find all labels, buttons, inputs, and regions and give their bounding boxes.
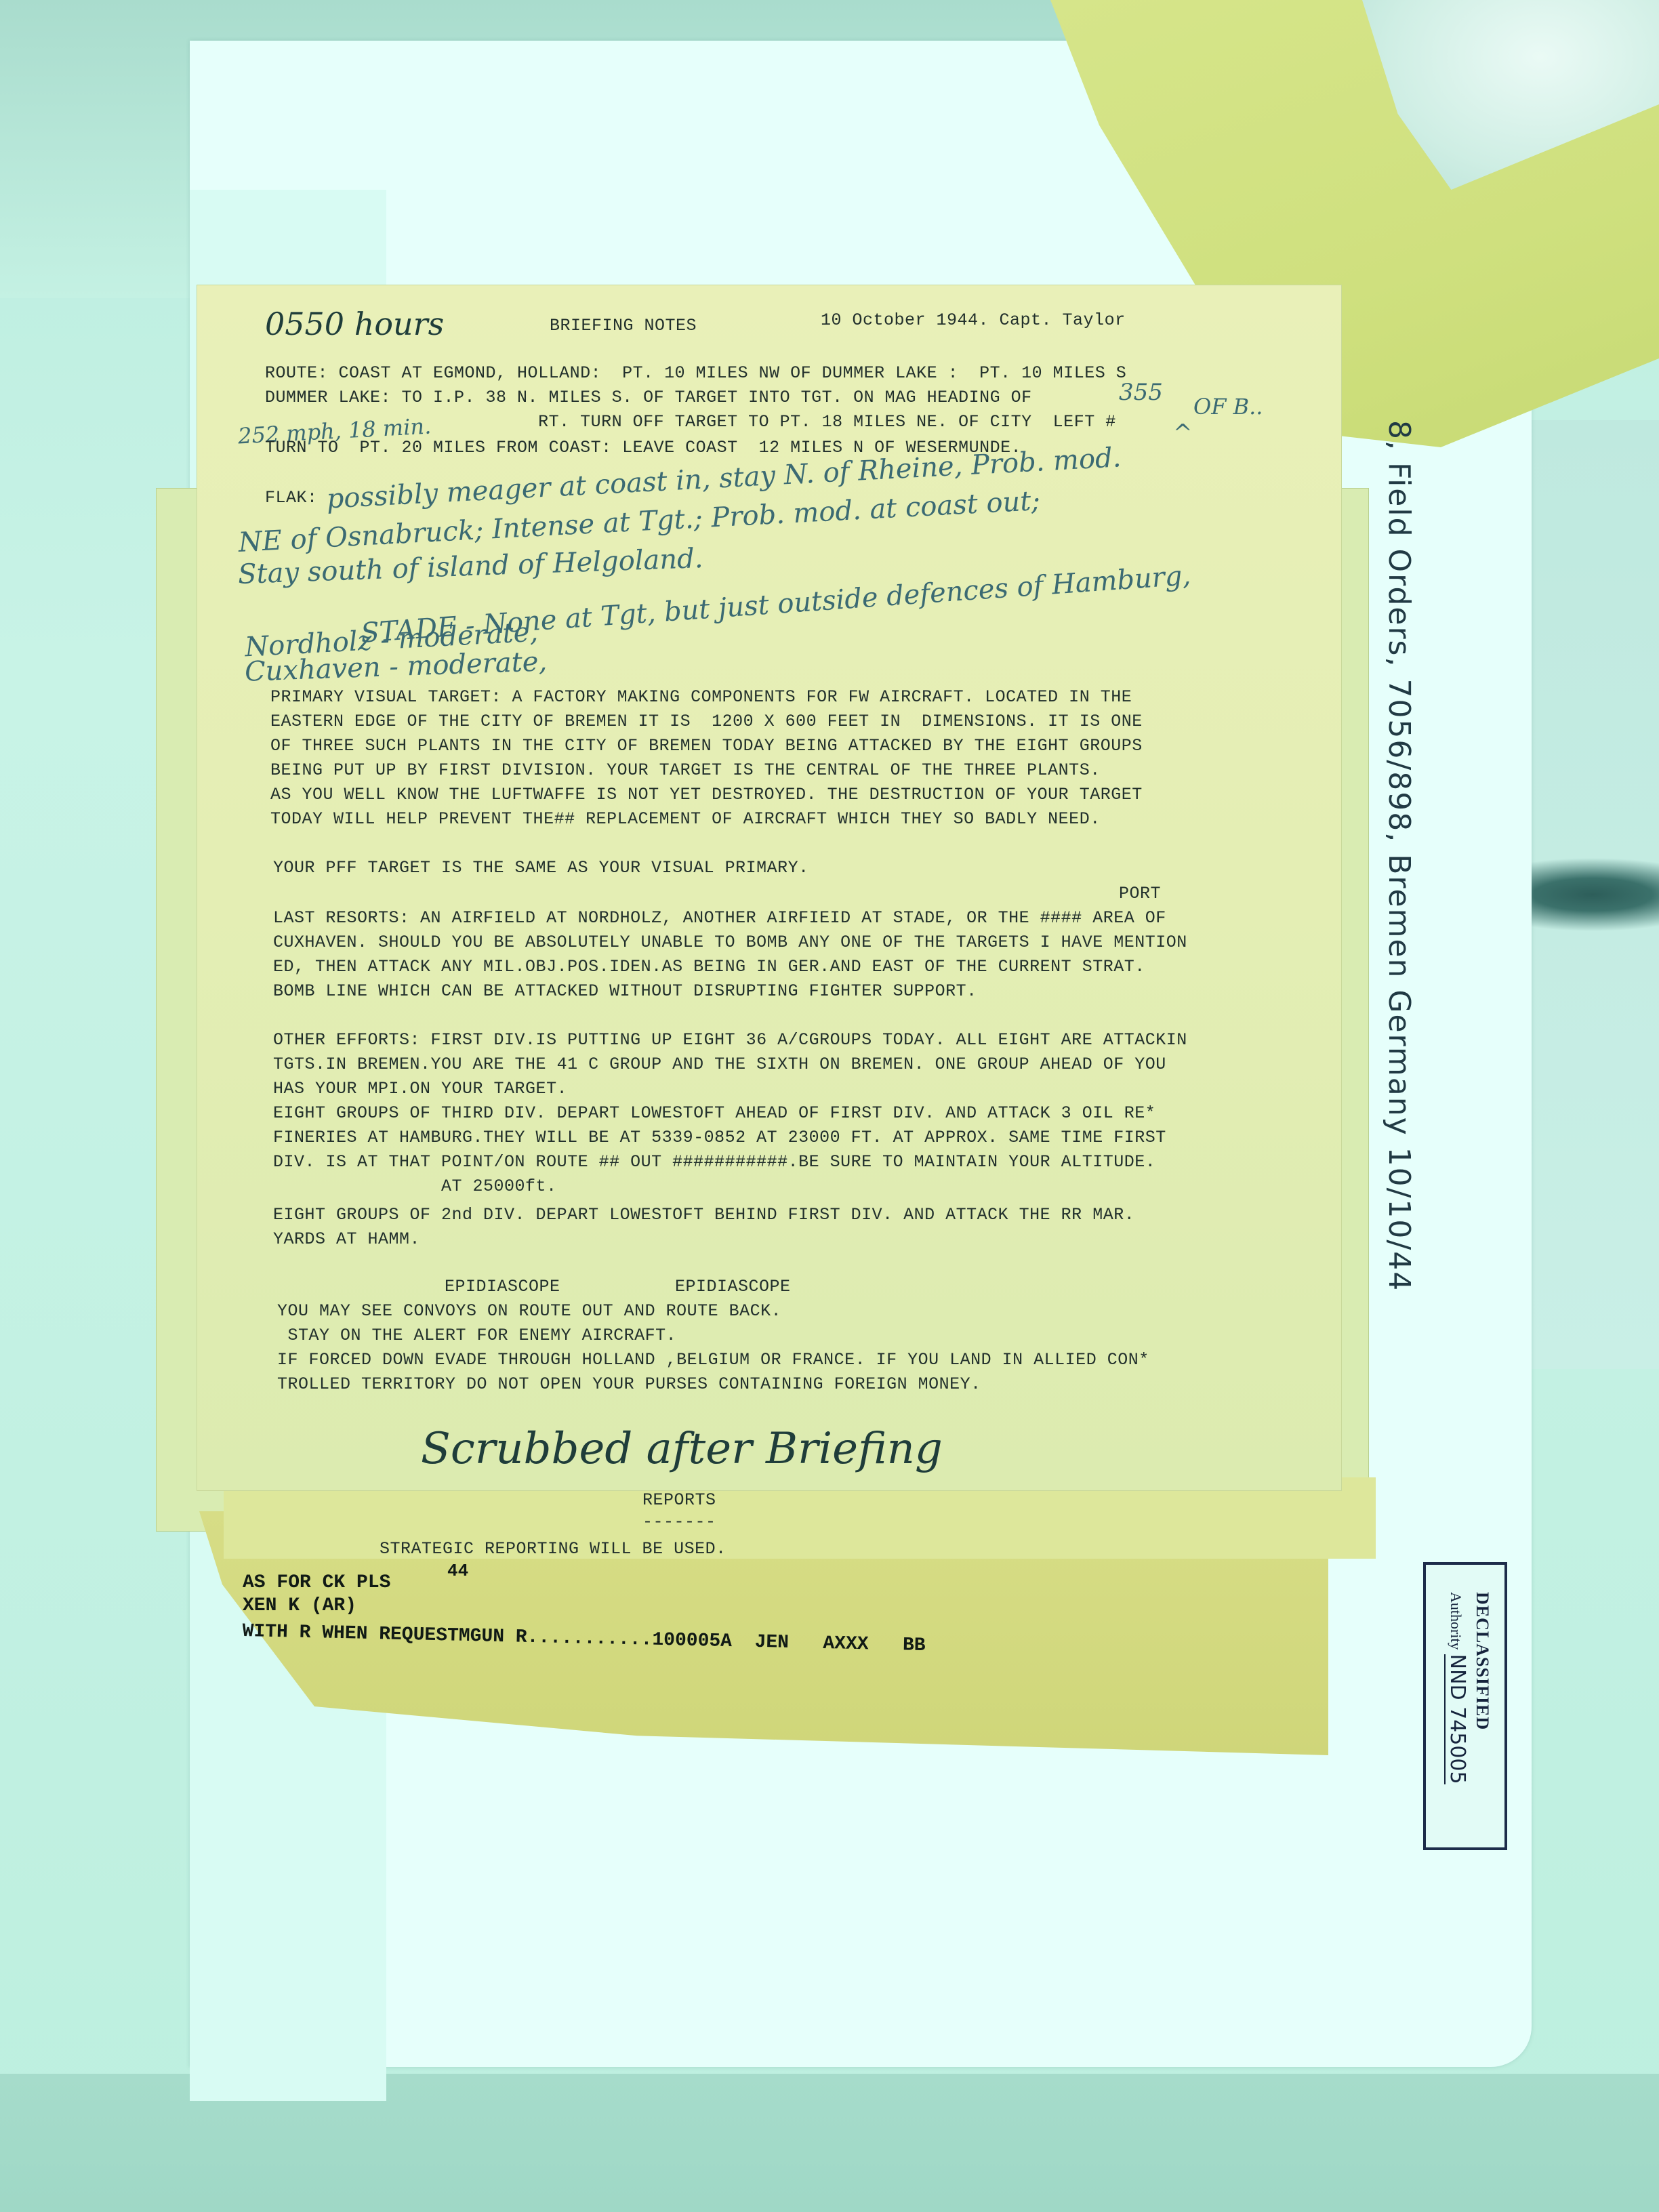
last-resorts-line: BOMB LINE WHICH CAN BE ATTACKED WITHOUT … xyxy=(273,979,977,1004)
stamp-title: DECLASSIFIED xyxy=(1472,1592,1492,1784)
closing-line: TROLLED TERRITORY DO NOT OPEN YOUR PURSE… xyxy=(277,1372,981,1397)
other-efforts-line: TGTS.IN BREMEN.YOU ARE THE 41 C GROUP AN… xyxy=(273,1052,1166,1077)
pff-target: YOUR PFF TARGET IS THE SAME AS YOUR VISU… xyxy=(273,856,809,880)
other-efforts-line: EIGHT GROUPS OF 2nd DIV. DEPART LOWESTOF… xyxy=(273,1203,1134,1227)
route-line: ROUTE: COAST AT EGMOND, HOLLAND: PT. 10 … xyxy=(265,361,1126,386)
closing-line: STAY ON THE ALERT FOR ENEMY AIRCRAFT. xyxy=(277,1324,676,1348)
route-line: DUMMER LAKE: TO I.P. 38 N. MILES S. OF T… xyxy=(265,386,1032,410)
date-author: 10 October 1944. Capt. Taylor xyxy=(821,308,1126,333)
stamp-authority-number: NND 745005 xyxy=(1444,1654,1469,1784)
primary-target-line: PRIMARY VISUAL TARGET: A FACTORY MAKING … xyxy=(270,685,1132,710)
handwritten-time: 0550 hours xyxy=(265,306,444,342)
primary-target-line: BEING PUT UP BY FIRST DIVISION. YOUR TAR… xyxy=(270,758,1101,783)
other-efforts-line: DIV. IS AT THAT POINT/ON ROUTE ## OUT ##… xyxy=(273,1150,1155,1174)
reports-title: REPORTS xyxy=(642,1488,716,1513)
epidiascope-label: EPIDIASCOPE xyxy=(675,1275,791,1299)
primary-target-line: OF THREE SUCH PLANTS IN THE CITY OF BREM… xyxy=(270,734,1143,758)
declassified-stamp: DECLASSIFIED AuthorityNND 745005 xyxy=(1423,1562,1507,1850)
other-efforts-line: FINERIES AT HAMBURG.THEY WILL BE AT 5339… xyxy=(273,1126,1166,1150)
reports-text: STRATEGIC REPORTING WILL BE USED. xyxy=(380,1537,726,1561)
last-resorts-line: ED, THEN ATTACK ANY MIL.OBJ.POS.IDEN.AS … xyxy=(273,955,1145,979)
last-resorts-line: CUXHAVEN. SHOULD YOU BE ABSOLUTELY UNABL… xyxy=(273,930,1187,955)
primary-target-line: AS YOU WELL KNOW THE LUFTWAFFE IS NOT YE… xyxy=(270,783,1143,807)
teletype-partial: 44 xyxy=(447,1559,468,1583)
reports-rule: ------- xyxy=(642,1510,716,1534)
other-efforts-line: OTHER EFFORTS: FIRST DIV.IS PUTTING UP E… xyxy=(273,1028,1187,1052)
closing-line: IF FORCED DOWN EVADE THROUGH HOLLAND ,BE… xyxy=(277,1348,1149,1372)
page-title: BRIEFING NOTES xyxy=(550,314,697,338)
other-efforts-line: YARDS AT HAMM. xyxy=(273,1227,420,1252)
teletype-line: AS FOR CK PLS xyxy=(243,1571,390,1595)
insert-above: PORT xyxy=(1119,882,1161,906)
epidiascope-label: EPIDIASCOPE xyxy=(445,1275,560,1299)
stamp-authority: AuthorityNND 745005 xyxy=(1446,1592,1469,1784)
other-efforts-line: EIGHT GROUPS OF THIRD DIV. DEPART LOWEST… xyxy=(273,1101,1155,1126)
briefing-notes-sheet: 0550 hours BRIEFING NOTES 10 October 194… xyxy=(197,285,1342,1491)
last-resorts-line: LAST RESORTS: AN AIRFIELD AT NORDHOLZ, A… xyxy=(273,906,1166,930)
other-efforts-line: HAS YOUR MPI.ON YOUR TARGET. xyxy=(273,1077,567,1101)
primary-target-line: TODAY WILL HELP PREVENT THE## REPLACEMEN… xyxy=(270,807,1101,832)
flak-label: FLAK: xyxy=(265,486,318,510)
closing-line: YOU MAY SEE CONVOYS ON ROUTE OUT AND ROU… xyxy=(277,1299,781,1324)
stamp-authority-label: Authority xyxy=(1448,1592,1465,1650)
teletype-line: XEN K (AR) xyxy=(243,1594,356,1618)
handwritten-scrubbed-note: Scrubbed after Briefing xyxy=(421,1424,943,1474)
handwritten-caret: ^ xyxy=(1173,419,1193,447)
primary-target-line: EASTERN EDGE OF THE CITY OF BREMEN IT IS… xyxy=(270,710,1143,734)
folder-label: 8, Field Orders, 7056/898, Bremen German… xyxy=(1382,420,1416,1292)
handwritten-heading-note: OF B.. xyxy=(1193,394,1263,419)
handwritten-heading: 355 xyxy=(1119,379,1163,406)
other-efforts-line: AT 25000ft. xyxy=(273,1174,557,1199)
